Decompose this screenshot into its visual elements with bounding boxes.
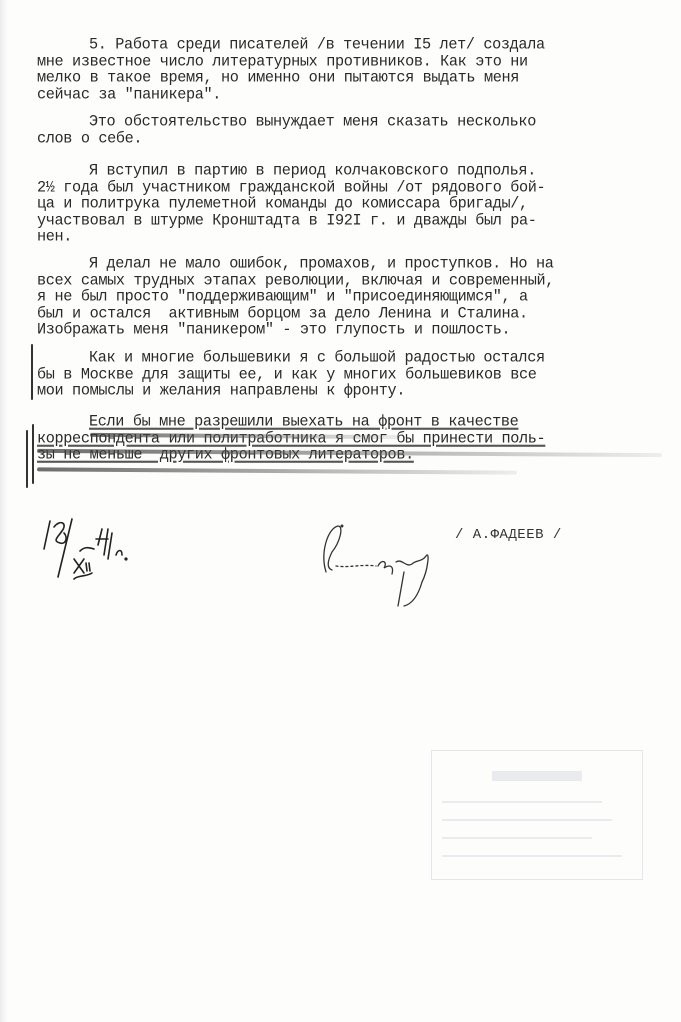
- text-line: мелко в такое время, но именно они пытаю…: [37, 69, 662, 86]
- text-line: Изображать меня "паникером" - это глупос…: [37, 321, 662, 338]
- paragraph-4: Я делал не мало ошибок, промахов, и прос…: [37, 255, 662, 338]
- margin-mark-double-1: [26, 430, 28, 488]
- stamp-ghost-line: [442, 801, 602, 803]
- pencil-underline: [37, 467, 517, 474]
- handwritten-date: 13/XII 41 г.: [38, 515, 158, 590]
- text-line: Как и многие большевики я с большой радо…: [37, 349, 662, 366]
- stamp-ghost-line: [442, 837, 592, 839]
- faded-stamp: faint stamp (illegible): [431, 750, 643, 880]
- stamp-ghost-line: [442, 819, 612, 821]
- underlined-text-line: Если бы мне разрешили выехать на фронт в…: [37, 413, 662, 430]
- stamp-ghost-line: [492, 771, 582, 781]
- text-line: 5. Работа среди писателей /в течении I5 …: [37, 36, 662, 53]
- signature-icon: [318, 522, 448, 612]
- text-line: Это обстоятельство вынуждает меня сказат…: [37, 113, 662, 130]
- text-line: участвовал в штурме Кронштадта в I92I г.…: [37, 212, 662, 229]
- text-line: ца и политрука пулеметной команды до ком…: [37, 195, 662, 212]
- handwritten-signature: А. Фадеев: [318, 522, 448, 617]
- handwritten-date-icon: [38, 515, 158, 585]
- text-line: нен.: [37, 228, 662, 245]
- stamp-ghost-line: [442, 855, 622, 857]
- text-line: сейчас за "паникера".: [37, 86, 662, 103]
- paragraph-5: Как и многие большевики я с большой радо…: [37, 349, 662, 399]
- document-page: 5. Работа среди писателей /в течении I5 …: [0, 0, 681, 1022]
- margin-mark-single: [31, 344, 33, 400]
- text-line: Я вступил в партию в период колчаковског…: [37, 162, 662, 179]
- text-line: я не был просто "поддерживающим" и "прис…: [37, 288, 662, 305]
- typed-signature: / А.ФАДЕЕВ /: [455, 527, 562, 543]
- text-line: Я делал не мало ошибок, промахов, и прос…: [37, 255, 662, 272]
- scan-edge-shadow: [0, 0, 8, 1022]
- text-line: слов о себе.: [37, 130, 662, 147]
- paragraph-2: Это обстоятельство вынуждает меня сказат…: [37, 113, 662, 146]
- paragraph-1: 5. Работа среди писателей /в течении I5 …: [37, 36, 662, 102]
- paragraph-3: Я вступил в партию в период колчаковског…: [37, 162, 662, 245]
- margin-mark-double-2: [32, 424, 34, 484]
- text-line: мои помыслы и желания направлены к фронт…: [37, 382, 662, 399]
